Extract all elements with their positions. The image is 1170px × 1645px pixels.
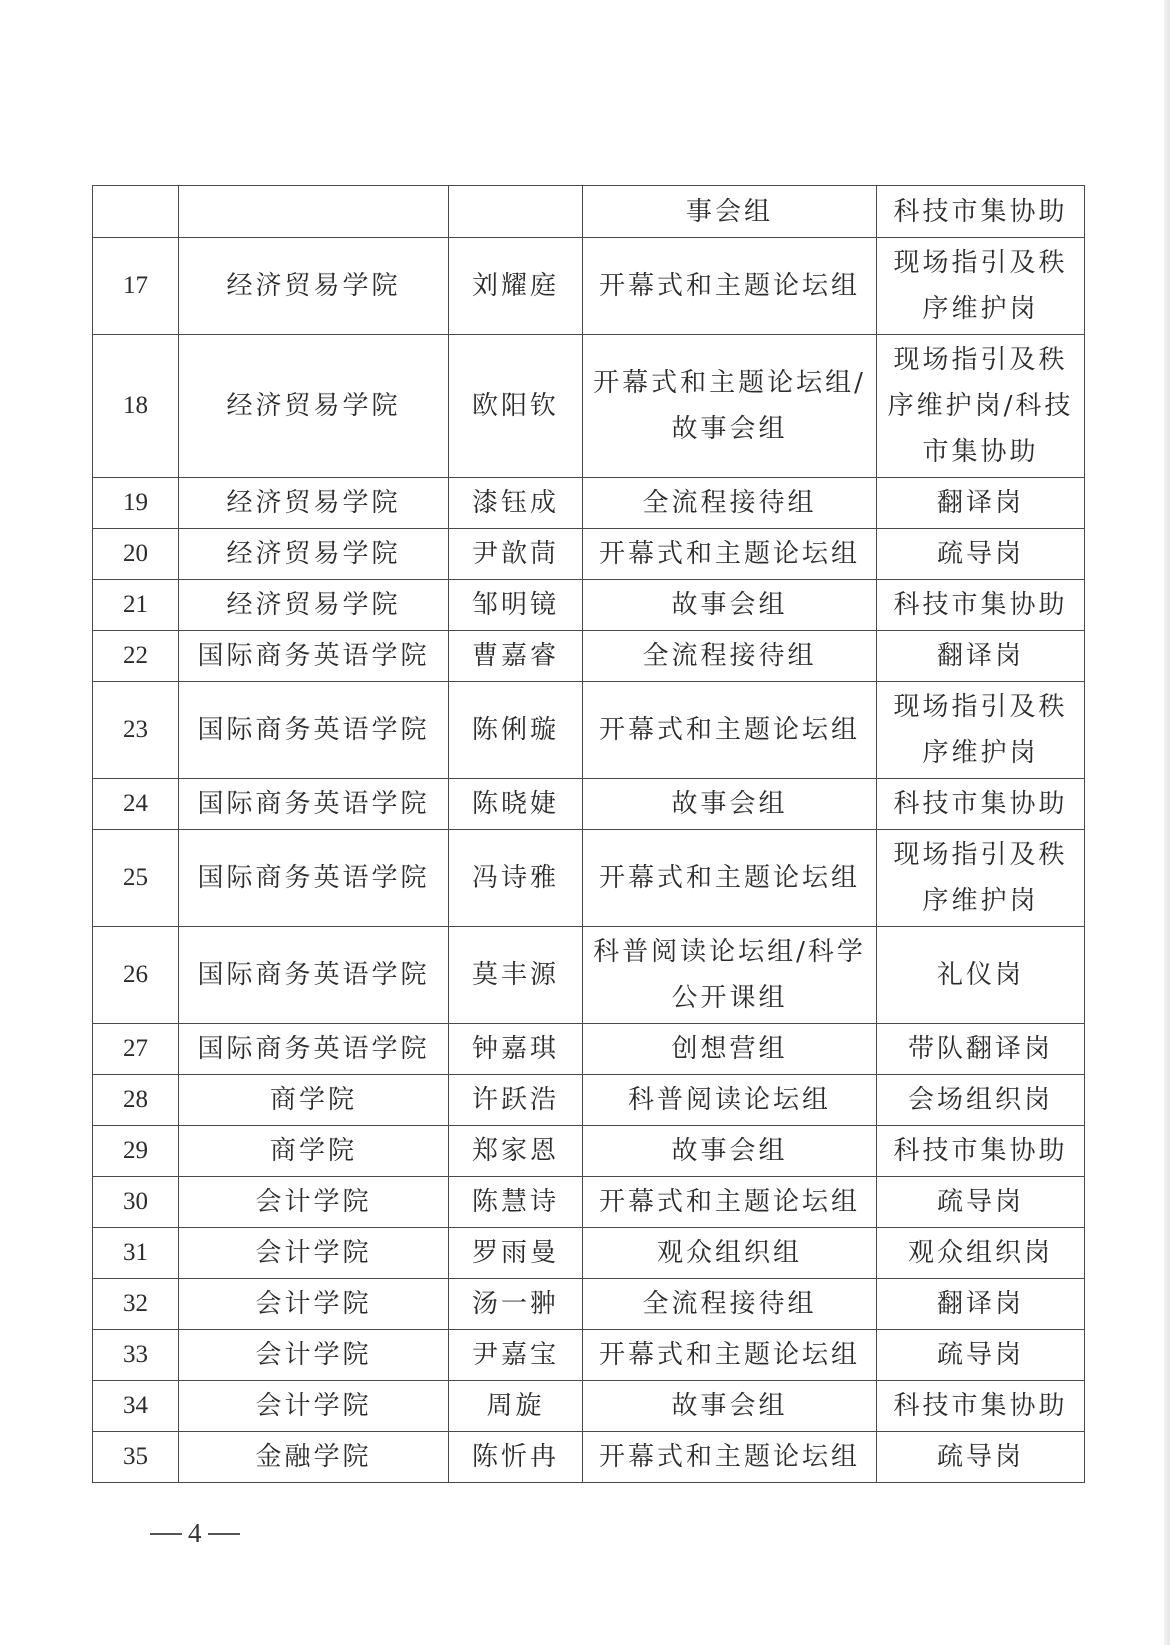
row-number: 17 (93, 238, 179, 335)
row-number: 18 (93, 335, 179, 478)
college-cell: 经济贸易学院 (179, 478, 449, 529)
name-cell: 漆钰成 (449, 478, 583, 529)
group-cell: 创想营组 (583, 1024, 877, 1075)
name-cell (449, 186, 583, 238)
college-cell: 国际商务英语学院 (179, 927, 449, 1024)
group-cell: 开幕式和主题论坛组 (583, 1177, 877, 1228)
group-cell: 科普阅读论坛组 (583, 1075, 877, 1126)
group-cell: 科普阅读论坛组/科学公开课组 (583, 927, 877, 1024)
row-number: 33 (93, 1330, 179, 1381)
table-row: 35金融学院陈忻冉开幕式和主题论坛组疏导岗 (93, 1432, 1085, 1483)
college-cell: 国际商务英语学院 (179, 631, 449, 682)
college-cell: 会计学院 (179, 1330, 449, 1381)
college-cell: 金融学院 (179, 1432, 449, 1483)
row-number: 21 (93, 580, 179, 631)
name-cell: 罗雨曼 (449, 1228, 583, 1279)
post-cell: 疏导岗 (877, 1177, 1085, 1228)
table-row: 22国际商务英语学院曹嘉睿全流程接待组翻译岗 (93, 631, 1085, 682)
group-cell: 全流程接待组 (583, 631, 877, 682)
row-number: 24 (93, 779, 179, 830)
name-cell: 冯诗雅 (449, 830, 583, 927)
page-number-dash-left (150, 1533, 182, 1535)
table-row: 30会计学院陈慧诗开幕式和主题论坛组疏导岗 (93, 1177, 1085, 1228)
row-number (93, 186, 179, 238)
group-cell: 故事会组 (583, 1381, 877, 1432)
name-cell: 曹嘉睿 (449, 631, 583, 682)
college-cell (179, 186, 449, 238)
college-cell: 国际商务英语学院 (179, 779, 449, 830)
table-row: 27国际商务英语学院钟嘉琪创想营组带队翻译岗 (93, 1024, 1085, 1075)
post-cell: 现场指引及秩序维护岗/科技市集协助 (877, 335, 1085, 478)
post-cell: 翻译岗 (877, 478, 1085, 529)
group-cell: 全流程接待组 (583, 478, 877, 529)
table-row: 25国际商务英语学院冯诗雅开幕式和主题论坛组现场指引及秩序维护岗 (93, 830, 1085, 927)
group-cell: 开幕式和主题论坛组 (583, 1330, 877, 1381)
table-row: 20经济贸易学院尹歆茼开幕式和主题论坛组疏导岗 (93, 529, 1085, 580)
post-cell: 带队翻译岗 (877, 1024, 1085, 1075)
college-cell: 国际商务英语学院 (179, 830, 449, 927)
name-cell: 陈忻冉 (449, 1432, 583, 1483)
group-cell: 开幕式和主题论坛组 (583, 1432, 877, 1483)
post-cell: 现场指引及秩序维护岗 (877, 830, 1085, 927)
college-cell: 经济贸易学院 (179, 335, 449, 478)
row-number: 27 (93, 1024, 179, 1075)
name-cell: 汤一翀 (449, 1279, 583, 1330)
row-number: 34 (93, 1381, 179, 1432)
post-cell: 疏导岗 (877, 1330, 1085, 1381)
post-cell: 现场指引及秩序维护岗 (877, 238, 1085, 335)
post-cell: 科技市集协助 (877, 1126, 1085, 1177)
name-cell: 钟嘉琪 (449, 1024, 583, 1075)
table-row: 29商学院郑家恩故事会组科技市集协助 (93, 1126, 1085, 1177)
college-cell: 会计学院 (179, 1177, 449, 1228)
college-cell: 经济贸易学院 (179, 238, 449, 335)
post-cell: 科技市集协助 (877, 186, 1085, 238)
row-number: 20 (93, 529, 179, 580)
name-cell: 莫丰源 (449, 927, 583, 1024)
roster-body: 事会组科技市集协助17经济贸易学院刘耀庭开幕式和主题论坛组现场指引及秩序维护岗1… (93, 186, 1085, 1483)
row-number: 23 (93, 682, 179, 779)
row-number: 28 (93, 1075, 179, 1126)
post-cell: 疏导岗 (877, 1432, 1085, 1483)
table-row: 21经济贸易学院邹明镜故事会组科技市集协助 (93, 580, 1085, 631)
name-cell: 陈慧诗 (449, 1177, 583, 1228)
post-cell: 观众组织岗 (877, 1228, 1085, 1279)
name-cell: 陈晓婕 (449, 779, 583, 830)
group-cell: 全流程接待组 (583, 1279, 877, 1330)
table-row: 事会组科技市集协助 (93, 186, 1085, 238)
post-cell: 会场组织岗 (877, 1075, 1085, 1126)
group-cell: 开幕式和主题论坛组 (583, 682, 877, 779)
college-cell: 会计学院 (179, 1279, 449, 1330)
table-row: 26国际商务英语学院莫丰源科普阅读论坛组/科学公开课组礼仪岗 (93, 927, 1085, 1024)
table-row: 32会计学院汤一翀全流程接待组翻译岗 (93, 1279, 1085, 1330)
college-cell: 经济贸易学院 (179, 529, 449, 580)
page-number-dash-right (208, 1533, 240, 1535)
post-cell: 礼仪岗 (877, 927, 1085, 1024)
group-cell: 开幕式和主题论坛组/故事会组 (583, 335, 877, 478)
row-number: 22 (93, 631, 179, 682)
group-cell: 故事会组 (583, 580, 877, 631)
row-number: 31 (93, 1228, 179, 1279)
row-number: 25 (93, 830, 179, 927)
college-cell: 国际商务英语学院 (179, 682, 449, 779)
post-cell: 现场指引及秩序维护岗 (877, 682, 1085, 779)
post-cell: 科技市集协助 (877, 779, 1085, 830)
post-cell: 科技市集协助 (877, 1381, 1085, 1432)
name-cell: 邹明镜 (449, 580, 583, 631)
row-number: 26 (93, 927, 179, 1024)
college-cell: 会计学院 (179, 1228, 449, 1279)
name-cell: 周旋 (449, 1381, 583, 1432)
page-number: 4 (150, 1518, 240, 1549)
table-row: 34会计学院周旋故事会组科技市集协助 (93, 1381, 1085, 1432)
college-cell: 国际商务英语学院 (179, 1024, 449, 1075)
college-cell: 会计学院 (179, 1381, 449, 1432)
table-row: 17经济贸易学院刘耀庭开幕式和主题论坛组现场指引及秩序维护岗 (93, 238, 1085, 335)
table-row: 23国际商务英语学院陈俐璇开幕式和主题论坛组现场指引及秩序维护岗 (93, 682, 1085, 779)
group-cell: 开幕式和主题论坛组 (583, 529, 877, 580)
row-number: 30 (93, 1177, 179, 1228)
row-number: 29 (93, 1126, 179, 1177)
table-row: 19经济贸易学院漆钰成全流程接待组翻译岗 (93, 478, 1085, 529)
group-cell: 事会组 (583, 186, 877, 238)
table-row: 18经济贸易学院欧阳钦开幕式和主题论坛组/故事会组现场指引及秩序维护岗/科技市集… (93, 335, 1085, 478)
post-cell: 翻译岗 (877, 1279, 1085, 1330)
row-number: 35 (93, 1432, 179, 1483)
row-number: 32 (93, 1279, 179, 1330)
name-cell: 尹歆茼 (449, 529, 583, 580)
group-cell: 观众组织组 (583, 1228, 877, 1279)
group-cell: 开幕式和主题论坛组 (583, 830, 877, 927)
college-cell: 经济贸易学院 (179, 580, 449, 631)
page-number-value: 4 (188, 1518, 202, 1549)
row-number: 19 (93, 478, 179, 529)
name-cell: 许跃浩 (449, 1075, 583, 1126)
group-cell: 故事会组 (583, 1126, 877, 1177)
volunteer-roster-table: 事会组科技市集协助17经济贸易学院刘耀庭开幕式和主题论坛组现场指引及秩序维护岗1… (92, 185, 1085, 1483)
group-cell: 开幕式和主题论坛组 (583, 238, 877, 335)
table-row: 33会计学院尹嘉宝开幕式和主题论坛组疏导岗 (93, 1330, 1085, 1381)
table-row: 31会计学院罗雨曼观众组织组观众组织岗 (93, 1228, 1085, 1279)
name-cell: 郑家恩 (449, 1126, 583, 1177)
name-cell: 欧阳钦 (449, 335, 583, 478)
name-cell: 刘耀庭 (449, 238, 583, 335)
name-cell: 陈俐璇 (449, 682, 583, 779)
post-cell: 疏导岗 (877, 529, 1085, 580)
name-cell: 尹嘉宝 (449, 1330, 583, 1381)
post-cell: 翻译岗 (877, 631, 1085, 682)
college-cell: 商学院 (179, 1126, 449, 1177)
table-row: 24国际商务英语学院陈晓婕故事会组科技市集协助 (93, 779, 1085, 830)
post-cell: 科技市集协助 (877, 580, 1085, 631)
page-edge-shadow (1164, 0, 1170, 1645)
college-cell: 商学院 (179, 1075, 449, 1126)
group-cell: 故事会组 (583, 779, 877, 830)
table-row: 28商学院许跃浩科普阅读论坛组会场组织岗 (93, 1075, 1085, 1126)
